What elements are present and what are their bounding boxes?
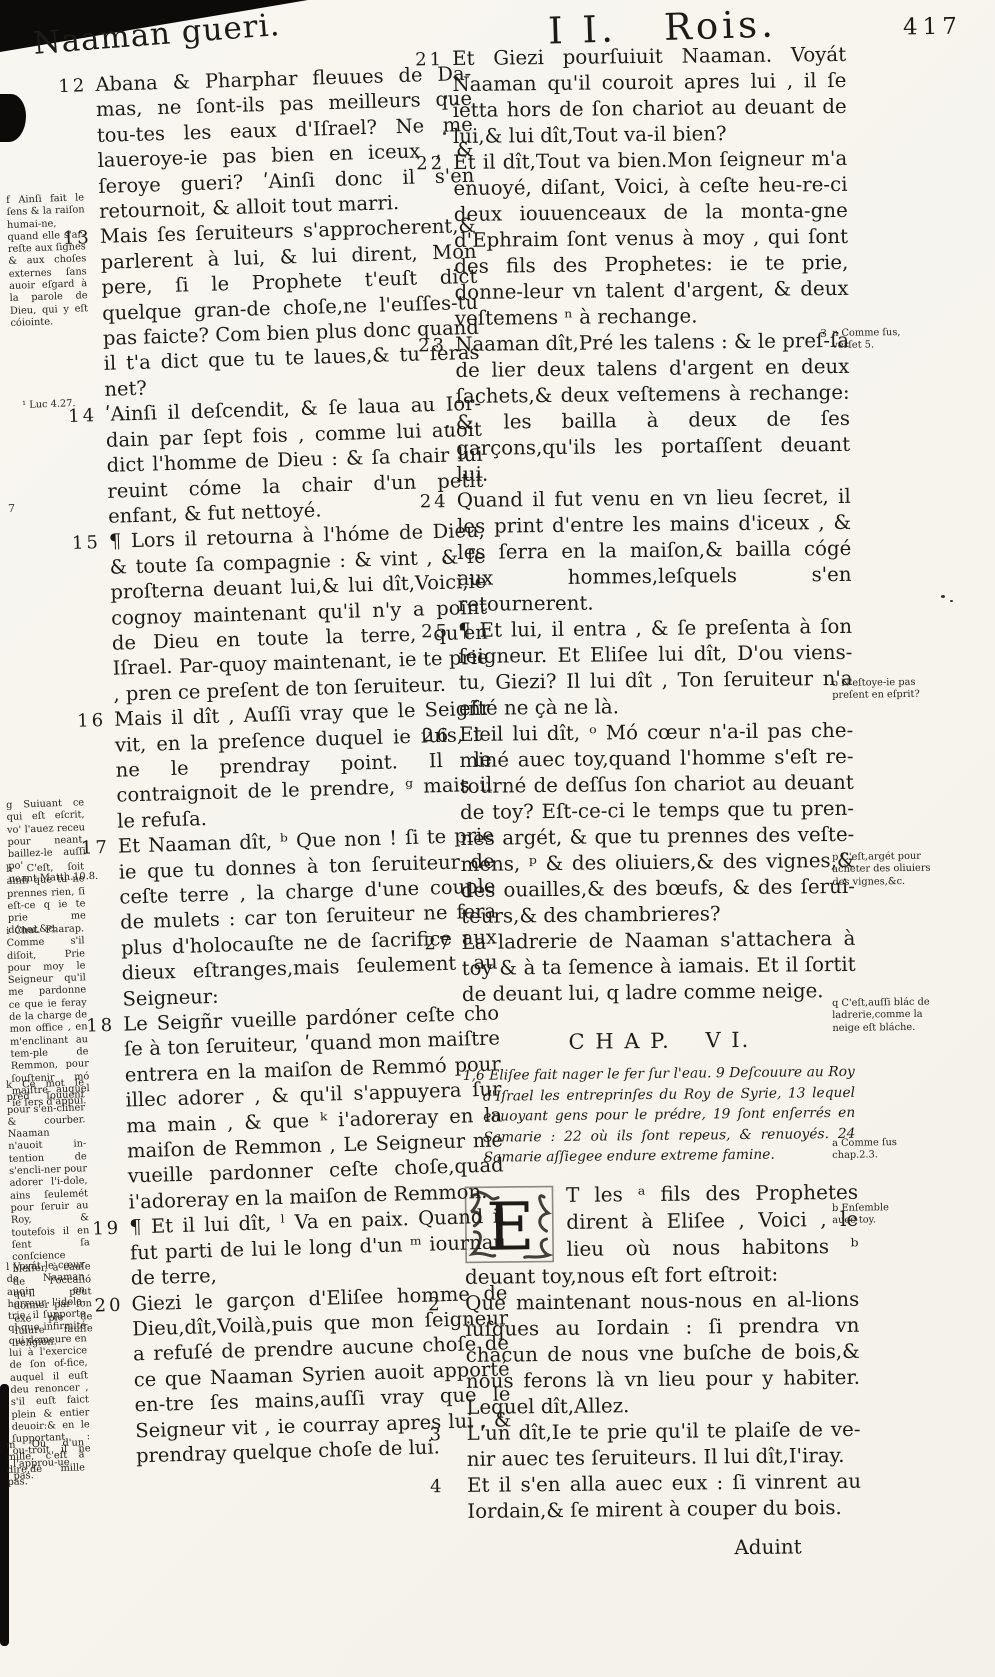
catchword: Aduint [468,1532,862,1562]
verse: 20Giezi le garçon d'Eliſee homme de Dieu… [131,1280,512,1469]
margin-note: m Ou d'un mille, c'eſt à dire,de mille p… [6,1437,86,1489]
verse-number: 21 [415,47,444,73]
verse-text: Mais il dît , Auſſi vray que le Seigñr v… [114,697,493,833]
margin-note: q C'eſt,auſſi blác de ladrerie,comme la … [832,996,945,1034]
verse-text: ¶ Lors il retourna à l'hóme de Dieu, & t… [109,519,489,706]
verse-text: Et Naaman dît, ᵇ Que non ! ſi te prie ie… [118,824,498,1011]
verse-text: Giezi le garçon d'Eliſee homme de Dieu,d… [131,1281,511,1468]
verse-number: 2 [428,1292,443,1318]
stray-mark: 7 [8,502,15,515]
scan-edge-shadow [0,1384,9,1646]
verse-text: Abana & Pharphar fleuues de Da-mas, ne ſ… [95,62,475,223]
verse-text: Naaman dît,Pré les talens : & le preſ-ſa… [455,329,850,486]
ink-speck [950,600,953,602]
verse: 27La ladrerie de Naaman s'attachera à to… [461,926,856,1008]
verse-text: Et Giezi pourſuiuit Naaman. Voyát Naaman… [452,43,847,148]
chapter-summary: 1,6 Eliſee fait nager le fer ſur l'eau. … [463,1062,856,1169]
verse-text: La ladrerie de Naaman s'attachera à toy … [461,927,855,1006]
verse-number: 16 [77,708,107,734]
verse-number: 19 [92,1216,122,1242]
verse-number: 26 [422,723,451,749]
verse-number: 3 [429,1422,444,1448]
verse-number: 27 [424,931,453,957]
verse: 22Et il dît,Tout va bien.Mon ſeigneur m'… [453,146,849,332]
verse-number: 4 [430,1474,445,1500]
verse: 2Que maintenant nous-nous en al-lions iu… [465,1286,860,1420]
verse: 25¶ Et lui, il entra , & ſe preſenta à ſ… [458,614,853,722]
margin-note: ¹ Luc 4.27. [22,398,82,412]
margin-note: n Comme ſus, verſet 5. [832,327,912,353]
verse: 21Et Giezi pourſuiuit Naaman. Voyát Naam… [452,42,847,150]
ink-blob [0,94,26,142]
margin-note: a Comme ſus chap.2.3. [832,1137,912,1163]
verse: 13Mais ſes ſeruiteurs s'approcherent,& p… [100,213,481,402]
verse: 15¶ Lors il retourna à l'hóme de Dieu, &… [109,518,490,707]
scanned-page: 7 3 Naaman gueri. I I. Rois. 417 12Abana… [0,0,995,1677]
verse-text: Que maintenant nous-nous en al-lions iuſ… [465,1287,860,1418]
ink-speck [941,595,945,598]
verse-number: 20 [94,1292,124,1318]
verse-text: ¶ Et il lui dît, ˡ Va en paix. Quand il … [129,1205,506,1290]
margin-note: p C'eſt,argét pour acheter des oliuiers … [832,850,945,888]
right-text-column: 21Et Giezi pourſuiuit Naaman. Voyát Naam… [452,42,862,1563]
verse: 23Naaman dît,Pré les talens : & le preſ-… [455,328,851,488]
chapter-heading: C H A P. V I. [462,1026,856,1056]
verse-text: ¶ Et lui, il entra , & ſe preſenta à ſon… [458,615,853,720]
verse-number: 18 [86,1013,116,1039]
verse-text: Le Seigñr vueille pardóner ceſte cho ſe … [123,1001,504,1213]
verse: 4Et il s'en alla auec eux : ſi vinrent a… [467,1468,862,1524]
verse: 24Quand il fut venu en vn lieu ſecret, i… [457,484,852,618]
verse-text: L'un dît,Ie te prie qu'il te plaiſe de v… [466,1417,860,1470]
margin-note: b Enſemble auec toy. [832,1202,912,1228]
verse-text: Et il lui dît, ᵒ Mó cœur n'a-il pas che-… [459,719,855,928]
drop-cap-initial: E [464,1184,555,1263]
verse: 18Le Seigñr vueille pardóner ceſte cho ſ… [123,1000,505,1214]
verse: 17Et Naaman dît, ᵇ Que non ! ſi te prie … [118,823,499,1012]
verse-text: Quand il fut venu en vn lieu ſecret, il … [457,485,852,616]
page-number: 417 [903,13,962,40]
verse-text: Mais ſes ſeruiteurs s'approcherent,& par… [100,214,480,401]
verse-number: 22 [416,151,445,177]
verse: 26Et il lui dît, ᵒ Mó cœur n'a-il pas ch… [459,718,855,930]
margin-note: f Ainſi fait le ſens & la raiſon humai-n… [6,192,89,330]
verse: 3L'un dît,Ie te prie qu'il te plaiſe de … [466,1416,861,1472]
svg-text:E: E [486,1188,535,1264]
verse: 16Mais il dît , Auſſi vray que le Seigñr… [114,696,494,834]
left-text-column: 12Abana & Pharphar fleuues de Da-mas, ne… [95,61,512,1469]
verse-text: Et il s'en alla auec eux : ſi vinrent au… [467,1469,861,1522]
verse-number: 25 [421,619,450,645]
verse-number: 12 [58,73,88,99]
verse: 12Abana & Pharphar fleuues de Da-mas, ne… [95,61,475,225]
verse-number: 15 [72,530,102,556]
verse: 19¶ Et il lui dît, ˡ Va en paix. Quand i… [129,1204,507,1291]
margin-note: o N'eſtoye-ie pas preſent en eſprit? [832,676,944,702]
verse-text: Et il dît,Tout va bien.Mon ſeigneur m'a … [453,147,849,330]
verse-number: 23 [418,333,447,359]
verse: E T les ᵃ fils des Prophetes dirent à El… [464,1178,859,1290]
verse-number: 24 [420,489,449,515]
